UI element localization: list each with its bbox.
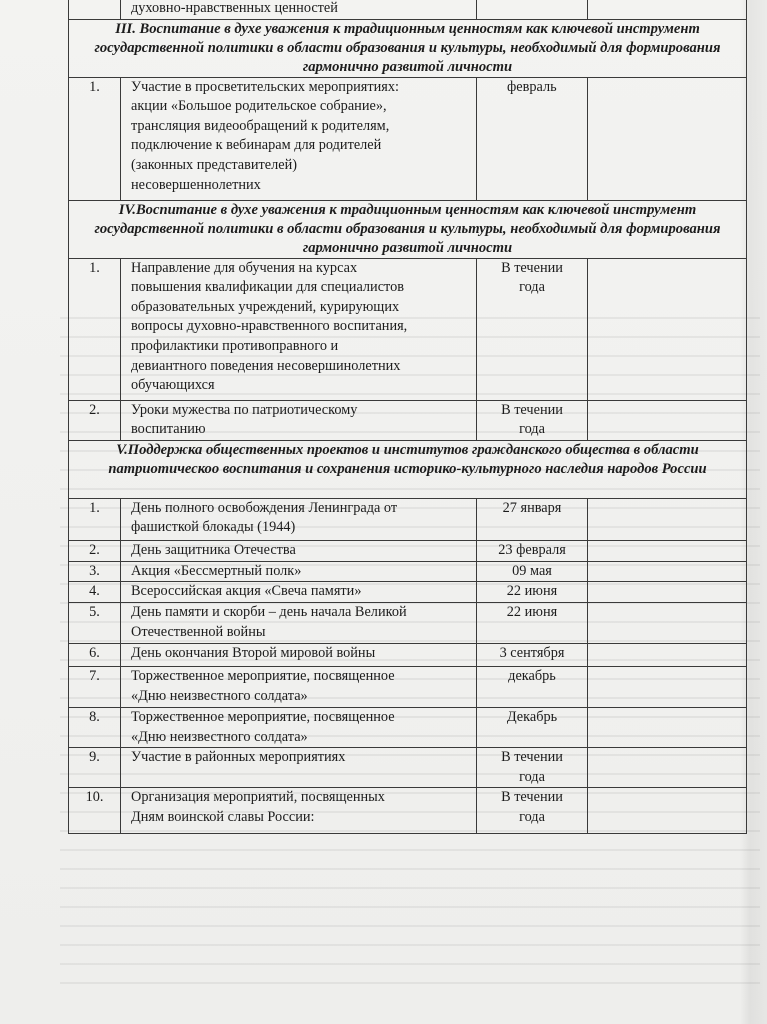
- row-number: 3.: [69, 561, 121, 582]
- section-title: III. Воспитание в духе уважения к традиц…: [69, 19, 747, 77]
- row-responsible: [588, 77, 747, 200]
- row-description: духовно-нравственных ценностей: [121, 0, 477, 19]
- row-number: 2.: [69, 540, 121, 561]
- row-responsible: [588, 602, 747, 643]
- row-description: Акция «Бессмертный полк»: [121, 561, 477, 582]
- row-description: Торжественное мероприятие, посвященное «…: [121, 666, 477, 707]
- row-description: Торжественное мероприятие, посвященное «…: [121, 707, 477, 747]
- section-header-iii: III. Воспитание в духе уважения к традиц…: [69, 19, 747, 77]
- row-number: 7.: [69, 666, 121, 707]
- table-row: 9. Участие в районных мероприятиях В теч…: [69, 748, 747, 788]
- table-row: 4. Всероссийская акция «Свеча памяти» 22…: [69, 582, 747, 603]
- row-number: 4.: [69, 582, 121, 603]
- row-description: Всероссийская акция «Свеча памяти»: [121, 582, 477, 603]
- row-date: февраль: [477, 77, 588, 200]
- table-row: 1. День полного освобождения Ленинграда …: [69, 498, 747, 540]
- row-date: [477, 0, 588, 19]
- row-description: Участие в районных мероприятиях: [121, 748, 477, 788]
- table-row: 6. День окончания Второй мировой войны 3…: [69, 643, 747, 666]
- row-date: 27 января: [477, 498, 588, 540]
- row-responsible: [588, 666, 747, 707]
- row-number: 1.: [69, 258, 121, 400]
- row-number: 5.: [69, 602, 121, 643]
- row-description: День окончания Второй мировой войны: [121, 643, 477, 666]
- row-description: Направление для обучения на курсах повыш…: [121, 258, 477, 400]
- row-date: 3 сентября: [477, 643, 588, 666]
- row-description: День полного освобождения Ленинграда от …: [121, 498, 477, 540]
- row-date: В течении года: [477, 748, 588, 788]
- table-row: 7. Торжественное мероприятие, посвященно…: [69, 666, 747, 707]
- row-description: Уроки мужества по патриотическому воспит…: [121, 400, 477, 440]
- table-row: 1. Участие в просветительских мероприяти…: [69, 77, 747, 200]
- table-row: 5. День памяти и скорби – день начала Ве…: [69, 602, 747, 643]
- row-responsible: [588, 748, 747, 788]
- row-responsible: [588, 258, 747, 400]
- row-responsible: [588, 0, 747, 19]
- row-date: В течении года: [477, 400, 588, 440]
- row-date: В течении года: [477, 788, 588, 834]
- row-number: [69, 0, 121, 19]
- row-date: декабрь: [477, 666, 588, 707]
- section-header-iv: IV.Воспитание в духе уважения к традицио…: [69, 200, 747, 258]
- section-title: IV.Воспитание в духе уважения к традицио…: [69, 200, 747, 258]
- row-date: 09 мая: [477, 561, 588, 582]
- section-header-v: V.Поддержка общественных проектов и инст…: [69, 440, 747, 498]
- row-responsible: [588, 788, 747, 834]
- row-description: День памяти и скорби – день начала Велик…: [121, 602, 477, 643]
- table-row: 2. День защитника Отечества 23 февраля: [69, 540, 747, 561]
- table-row: 3. Акция «Бессмертный полк» 09 мая: [69, 561, 747, 582]
- plan-table: духовно-нравственных ценностей III. Восп…: [68, 0, 747, 834]
- section-title: V.Поддержка общественных проектов и инст…: [69, 440, 747, 498]
- table-row: 8. Торжественное мероприятие, посвященно…: [69, 707, 747, 747]
- row-number: 9.: [69, 748, 121, 788]
- row-number: 8.: [69, 707, 121, 747]
- row-number: 6.: [69, 643, 121, 666]
- row-date: В течении года: [477, 258, 588, 400]
- table-row: 1. Направление для обучения на курсах по…: [69, 258, 747, 400]
- row-description: Участие в просветительских мероприятиях:…: [121, 77, 477, 200]
- row-description: Организация мероприятий, посвященных Дня…: [121, 788, 477, 834]
- row-responsible: [588, 582, 747, 603]
- row-responsible: [588, 561, 747, 582]
- table-row: 10. Организация мероприятий, посвященных…: [69, 788, 747, 834]
- row-date: 23 февраля: [477, 540, 588, 561]
- row-number: 10.: [69, 788, 121, 834]
- row-responsible: [588, 643, 747, 666]
- table-row-continuation: духовно-нравственных ценностей: [69, 0, 747, 19]
- row-number: 1.: [69, 77, 121, 200]
- row-number: 2.: [69, 400, 121, 440]
- row-description: День защитника Отечества: [121, 540, 477, 561]
- row-responsible: [588, 707, 747, 747]
- table-row: 2. Уроки мужества по патриотическому вос…: [69, 400, 747, 440]
- row-date: 22 июня: [477, 582, 588, 603]
- row-responsible: [588, 540, 747, 561]
- row-responsible: [588, 400, 747, 440]
- row-number: 1.: [69, 498, 121, 540]
- row-responsible: [588, 498, 747, 540]
- row-date: Декабрь: [477, 707, 588, 747]
- row-date: 22 июня: [477, 602, 588, 643]
